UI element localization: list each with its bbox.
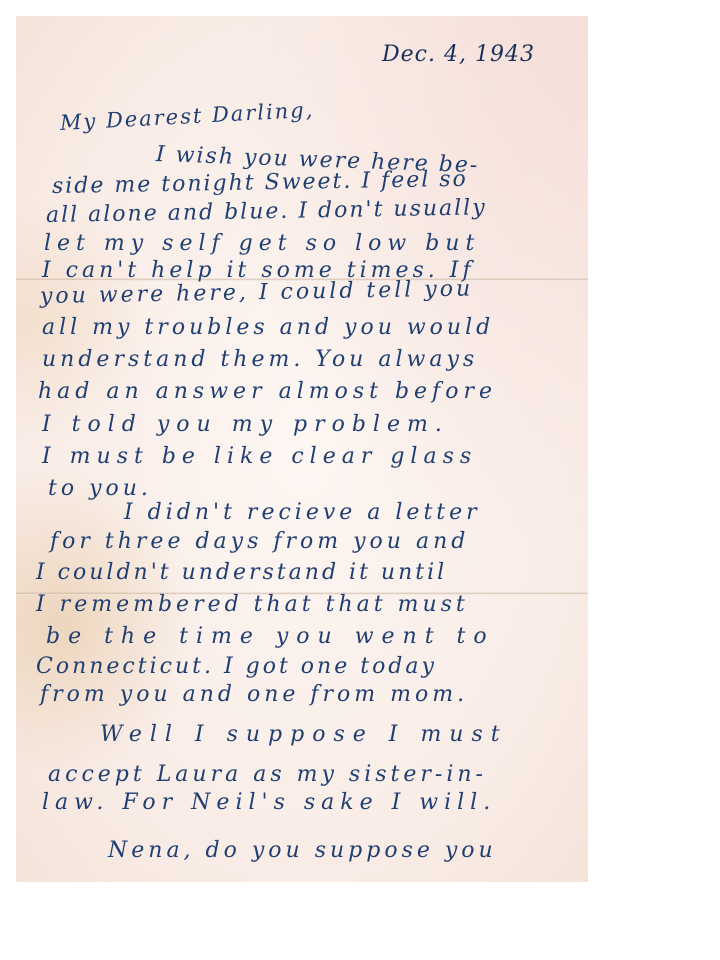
letter-salutation: My Dearest Darling,: [59, 100, 314, 134]
letter-line: understand them. You always: [42, 349, 478, 371]
letter-line: I couldn't understand it until: [36, 562, 447, 584]
letter-line: from you and one from mom.: [40, 684, 468, 706]
letter-line: let my self get so low but: [44, 233, 480, 255]
letter-line: I must be like clear glass: [42, 446, 477, 468]
letter-line: law. For Neil's sake I will.: [42, 792, 496, 814]
letter-line: accept Laura as my sister-in-: [48, 764, 487, 786]
letter-line: I didn't recieve a letter: [124, 502, 481, 524]
page: Dec. 4, 1943 My Dearest Darling, I wish …: [0, 0, 720, 960]
letter-line: all my troubles and you would: [42, 317, 494, 339]
letter-line: Connecticut. I got one today: [36, 656, 437, 678]
letter-line: you were here, I could tell you: [40, 278, 474, 308]
letter-line: side me tonight Sweet. I feel so: [52, 169, 468, 198]
letter-line: to you.: [48, 478, 152, 500]
letter-line: I remembered that that must: [36, 594, 469, 616]
letter-line: all alone and blue. I don't usually: [46, 197, 487, 227]
letter-line: Nena, do you suppose you: [108, 840, 497, 862]
letter-line: I told you my problem.: [42, 414, 449, 436]
letter-line: for three days from you and: [50, 531, 469, 553]
letter-line: had an answer almost before: [38, 381, 497, 403]
letter-line: Well I suppose I must: [100, 724, 508, 746]
letter-line: be the time you went to: [46, 626, 495, 648]
letter-paper: Dec. 4, 1943 My Dearest Darling, I wish …: [16, 16, 588, 882]
letter-date: Dec. 4, 1943: [382, 44, 535, 66]
